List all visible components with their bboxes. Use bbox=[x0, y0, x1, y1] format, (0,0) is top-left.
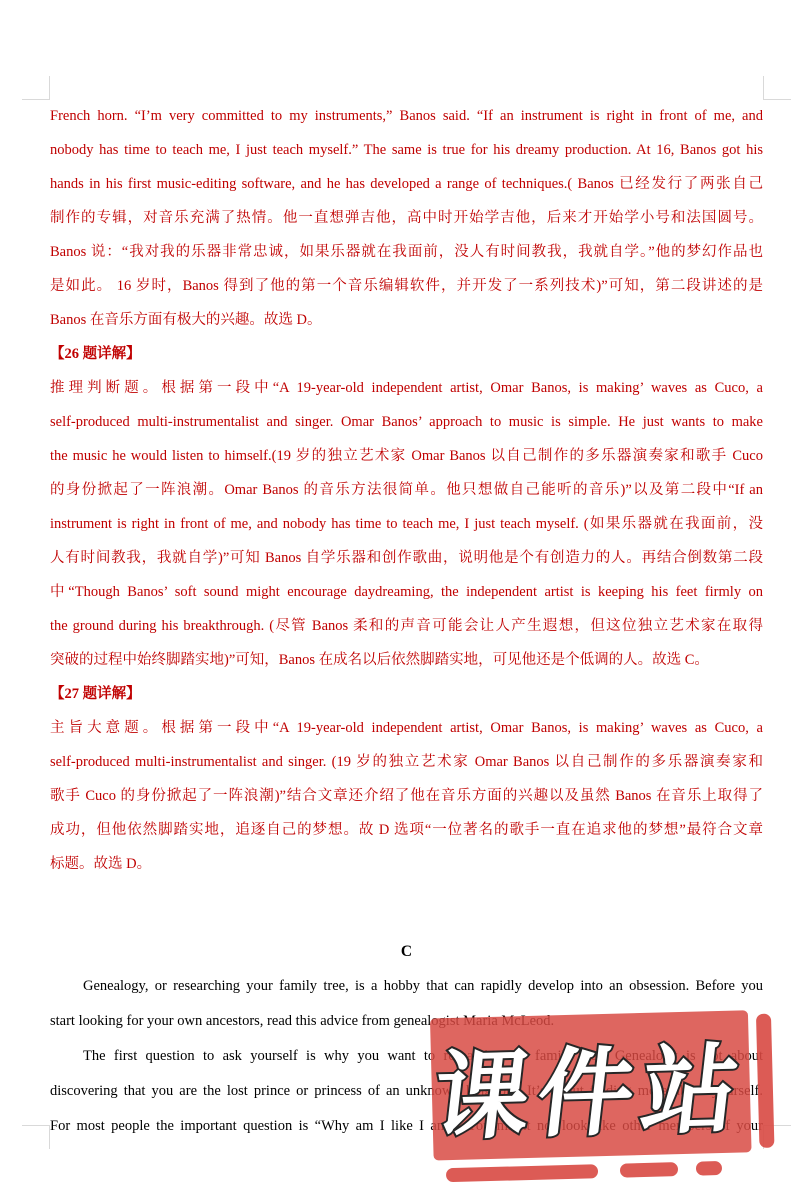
text-line: the ground during his breakthrough. (尽管 … bbox=[50, 609, 763, 643]
text-line: 歌手 Cuco 的身份掀起了一阵浪潮)”结合文章还介绍了他在音乐方面的兴趣以及虽… bbox=[50, 779, 763, 813]
stamp-border-bottom bbox=[696, 1161, 722, 1176]
text-line: the music he would listen to himself.(19… bbox=[50, 439, 763, 473]
text-boundary-mark-top-left bbox=[22, 76, 50, 100]
stamp-border-bottom bbox=[620, 1162, 678, 1178]
text-line: 是如此。 16 岁时，Banos 得到了他的第一个音乐编辑软件，并开发了一系列技… bbox=[50, 269, 763, 303]
question-26-heading: 【26 题详解】 bbox=[50, 337, 763, 371]
text-line: Banos 说：“我对我的乐器非常忠诚，如果乐器就在我面前，没人有时间教我，我就… bbox=[50, 235, 763, 269]
text-line: 突破的过程中始终脚踏实地)”可知，Banos 在成名以后依然脚踏实地，可见他还是… bbox=[50, 643, 763, 677]
text-line: 标题。故选 D。 bbox=[50, 847, 763, 881]
text-line: French horn. “I’m very committed to my i… bbox=[50, 99, 763, 133]
text-line: hands in his first music-editing softwar… bbox=[50, 167, 763, 201]
document-page: French horn. “I’m very committed to my i… bbox=[0, 0, 800, 1200]
text-line: 制作的专辑，对音乐充满了热情。他一直想弹吉他，高中时开始学吉他，后来才开始学小号… bbox=[50, 201, 763, 235]
question-27-heading: 【27 题详解】 bbox=[50, 677, 763, 711]
text-line: 人有时间教我，我就自学)”可知 Banos 自学乐器和创作歌曲，说明他是个有创造… bbox=[50, 541, 763, 575]
stamp-body: 课件站 bbox=[430, 1010, 752, 1160]
text-line: self-produced multi-instrumentalist and … bbox=[50, 405, 763, 439]
text-line: Genealogy, or researching your family tr… bbox=[50, 969, 763, 1004]
stamp-border-bottom bbox=[446, 1164, 598, 1182]
text-line: 主旨大意题。根据第一段中“A 19-year-old independent a… bbox=[50, 711, 763, 745]
text-line: Banos 在音乐方面有极大的兴趣。故选 D。 bbox=[50, 303, 763, 337]
text-line: 的身份掀起了一阵浪潮。Omar Banos 的音乐方法很简单。他只想做自己能听的… bbox=[50, 473, 763, 507]
stamp-border-right bbox=[756, 1014, 775, 1148]
text-line: 成功，但他依然脚踏实地，追逐自己的梦想。故 D 选项“一位著名的歌手一直在追求他… bbox=[50, 813, 763, 847]
text-line: nobody has time to teach me, I just teac… bbox=[50, 133, 763, 167]
watermark-stamp: 课件站 bbox=[430, 1004, 780, 1185]
document-text: French horn. “I’m very committed to my i… bbox=[50, 99, 763, 1144]
stamp-text: 课件站 bbox=[427, 1013, 755, 1159]
section-c-heading: C bbox=[50, 935, 763, 969]
text-line: 推理判断题。根据第一段中“A 19-year-old independent a… bbox=[50, 371, 763, 405]
text-line: instrument is right in front of me, and … bbox=[50, 507, 763, 541]
text-line: self-produced multi-instrumentalist and … bbox=[50, 745, 763, 779]
text-boundary-mark-top-right bbox=[763, 76, 791, 100]
text-line: 中“Though Banos’ soft sound might encoura… bbox=[50, 575, 763, 609]
text-boundary-mark-bottom-left bbox=[22, 1125, 50, 1149]
